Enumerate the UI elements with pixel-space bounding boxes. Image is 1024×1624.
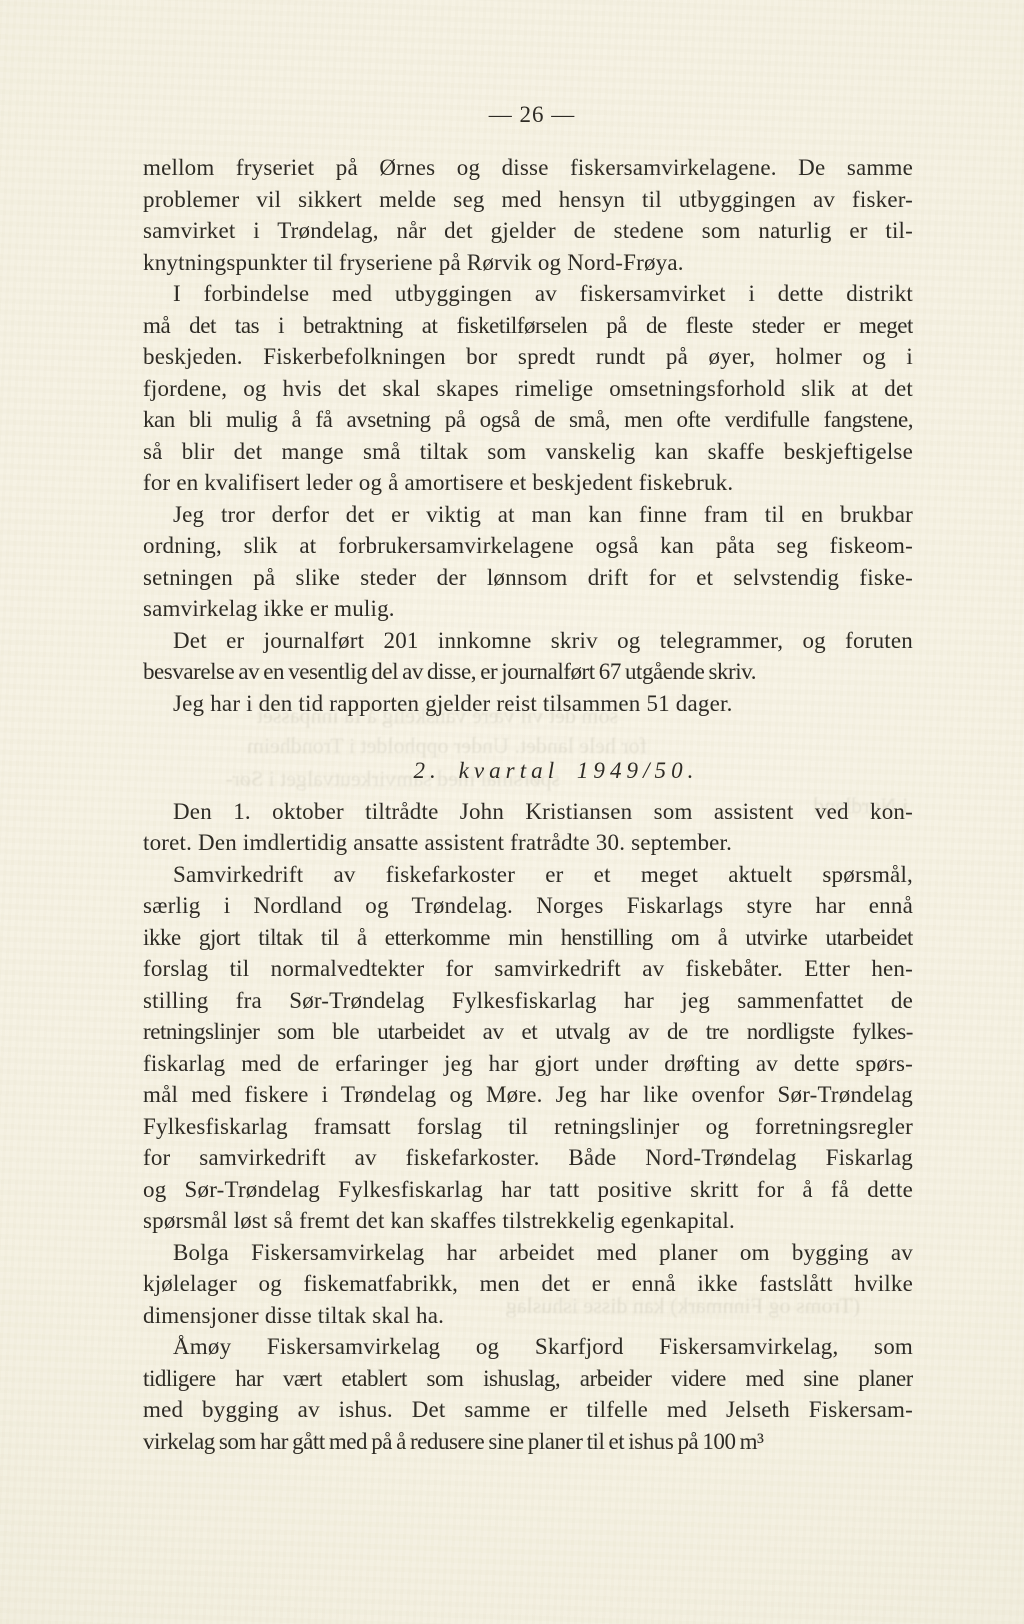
text-line: knytningspunkter til fryseriene på Rørvi… — [143, 247, 913, 279]
text-line: ordning, slik at forbrukersamvirkelagene… — [143, 530, 913, 562]
text-line: Fylkesfiskarlag framsatt forslag til ret… — [143, 1111, 913, 1143]
text-line: fjordene, og hvis det skal skapes rimeli… — [143, 373, 913, 405]
text-line: stilling fra Sør-Trøndelag Fylkesfiskarl… — [143, 985, 913, 1017]
page-number: — 26 — — [0, 102, 1024, 128]
text-line: fiskarlag med de erfaringer jeg har gjor… — [143, 1048, 913, 1080]
scanned-document-page: { "colors": { "paper": "#f5f1e1", "ink":… — [0, 0, 1024, 1624]
text-line: Bolga Fiskersamvirkelag har arbeidet med… — [143, 1237, 913, 1269]
text-line: forslag til normalvedtekter for samvirke… — [143, 953, 913, 985]
text-line: dimensjoner disse tiltak skal ha. — [143, 1300, 913, 1332]
section-heading: 2. kvartal 1949/50. — [143, 755, 913, 787]
text-line: særlig i Nordland og Trøndelag. Norges F… — [143, 890, 913, 922]
text-line: samvirket i Trøndelag, når det gjelder d… — [143, 215, 913, 247]
text-line: Åmøy Fiskersamvirkelag og Skarfjord Fisk… — [143, 1331, 913, 1363]
text-line: for en kvalifisert leder og å amortisere… — [143, 467, 913, 499]
text-line: ikke gjort tiltak til å etterkomme min h… — [143, 922, 913, 954]
text-line: Samvirkedrift av fiskefarkoster er et me… — [143, 859, 913, 891]
text-line: virkelag som har gått med på å redusere … — [143, 1426, 913, 1458]
text-line: og Sør-Trøndelag Fylkesfiskarlag har tat… — [143, 1174, 913, 1206]
text-line: beskjeden. Fiskerbefolkningen bor spredt… — [143, 341, 913, 373]
text-line: med bygging av ishus. Det samme er tilfe… — [143, 1394, 913, 1426]
text-line: tidligere har vært etablert som ishuslag… — [143, 1363, 913, 1395]
text-line: retningslinjer som ble utarbeidet av et … — [143, 1016, 913, 1048]
text-line: mål med fiskere i Trøndelag og Møre. Jeg… — [143, 1079, 913, 1111]
text-line: Jeg tror derfor det er viktig at man kan… — [143, 499, 913, 531]
text-line: problemer vil sikkert melde seg med hens… — [143, 184, 913, 216]
text-line: Det er journalført 201 innkomne skriv og… — [143, 625, 913, 657]
text-line: toret. Den imdlertidig ansatte assistent… — [143, 827, 913, 859]
text-line: setningen på slike steder der lønnsom dr… — [143, 562, 913, 594]
text-line: mellom fryseriet på Ørnes og disse fiske… — [143, 152, 913, 184]
text-line: kjølelager og fiskematfabrikk, men det e… — [143, 1268, 913, 1300]
text-line: spørsmål løst så fremt det kan skaffes t… — [143, 1205, 913, 1237]
text-line: I forbindelse med utbyggingen av fiskers… — [143, 278, 913, 310]
text-line: samvirkelag ikke er mulig. — [143, 593, 913, 625]
text-line: Den 1. oktober tiltrådte John Kristianse… — [143, 796, 913, 828]
text-line: for samvirkedrift av fiskefarkoster. Båd… — [143, 1142, 913, 1174]
text-line: Jeg har i den tid rapporten gjelder reis… — [143, 688, 913, 720]
text-line: besvarelse av en vesentlig del av disse,… — [143, 656, 913, 688]
text-block: mellom fryseriet på Ørnes og disse fiske… — [143, 152, 913, 1457]
text-line: kan bli mulig å få avsetning på også de … — [143, 404, 913, 436]
text-line: så blir det mange små tiltak som vanskel… — [143, 436, 913, 468]
text-line: må det tas i betraktning at fisketilførs… — [143, 310, 913, 342]
